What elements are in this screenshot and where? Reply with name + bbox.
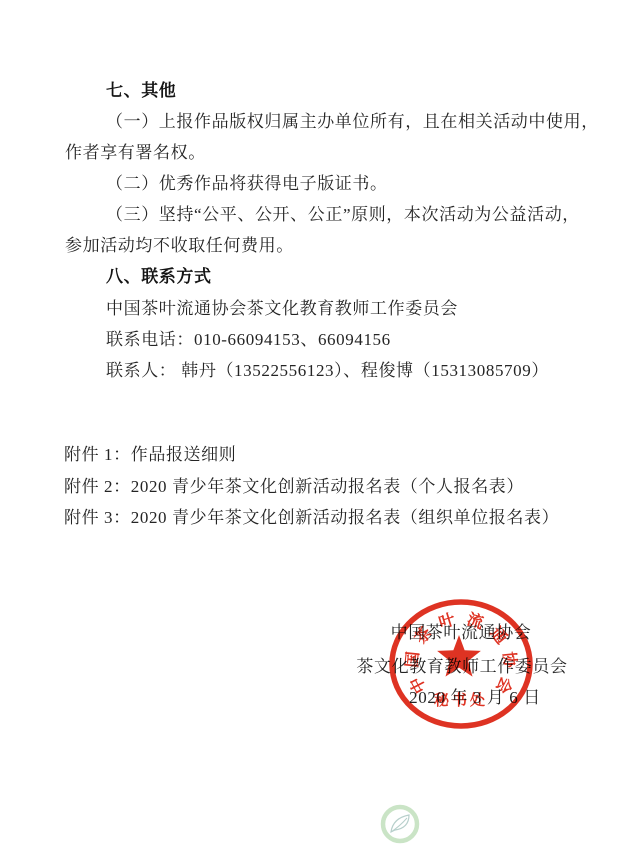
attachment-item-2: 附件 2：2020 青少年茶文化创新活动报名表（个人报名表） bbox=[64, 475, 524, 499]
svg-text:国: 国 bbox=[402, 651, 423, 669]
paragraph-copyright-line2: 作者享有署名权。 bbox=[65, 141, 206, 165]
svg-text:流: 流 bbox=[465, 609, 486, 632]
svg-text:协: 协 bbox=[500, 651, 520, 670]
section-heading-other: 七、其他 bbox=[106, 79, 176, 103]
svg-text:通: 通 bbox=[486, 623, 511, 647]
svg-text:茶: 茶 bbox=[412, 624, 436, 648]
official-seal: 中国茶叶流通协会 秘书处 bbox=[386, 594, 536, 736]
paragraph-certificate: （二）优秀作品将获得电子版证书。 bbox=[106, 172, 388, 196]
section-heading-contact: 八、联系方式 bbox=[106, 265, 212, 289]
svg-text:叶: 叶 bbox=[437, 610, 458, 632]
contact-persons: 联系人： 韩丹（13522556123）、程俊博（15313085709） bbox=[106, 359, 549, 383]
watermark-ring bbox=[383, 807, 417, 841]
paragraph-fairness-line1: （三）坚持“公平、公开、公正”原则，本次活动为公益活动， bbox=[106, 203, 580, 227]
attachment-item-1: 附件 1：作品报送细则 bbox=[64, 443, 236, 467]
leaf-icon bbox=[391, 815, 409, 832]
attachment-item-3: 附件 3：2020 青少年茶文化创新活动报名表（组织单位报名表） bbox=[64, 506, 559, 530]
svg-text:中: 中 bbox=[406, 674, 429, 697]
svg-text:会: 会 bbox=[492, 674, 516, 697]
seal-bottom-text: 秘书处 bbox=[434, 691, 488, 709]
document-page: 七、其他 （一）上报作品版权归属主办单位所有，且在相关活动中使用， 作者享有署名… bbox=[0, 0, 635, 868]
paragraph-copyright-line1: （一）上报作品版权归属主办单位所有，且在相关活动中使用， bbox=[106, 110, 599, 134]
paragraph-fairness-line2: 参加活动均不收取任何费用。 bbox=[65, 234, 294, 258]
seal-star-icon bbox=[437, 635, 481, 677]
contact-phone: 联系电话：010-66094153、66094156 bbox=[106, 328, 391, 352]
watermark-leaf-logo bbox=[376, 800, 424, 848]
contact-organization: 中国茶叶流通协会茶文化教育教师工作委员会 bbox=[106, 297, 458, 321]
